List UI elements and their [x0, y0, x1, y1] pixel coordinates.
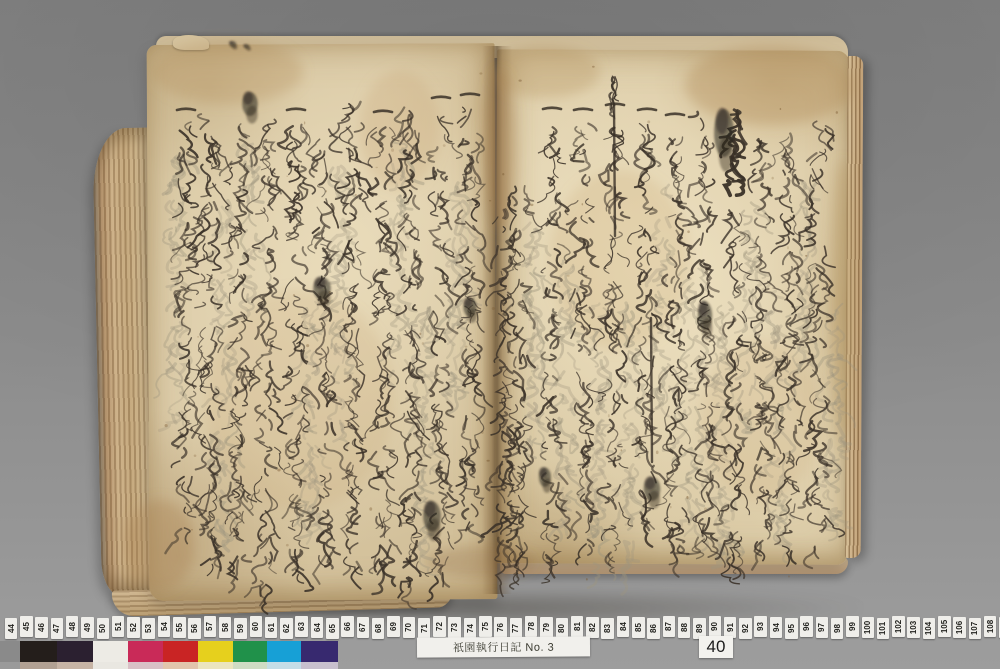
right-fore-edge	[845, 56, 864, 558]
ruler-number: 47	[52, 624, 61, 633]
page-number-text: 40	[707, 637, 726, 657]
ruler-number: 107	[970, 622, 979, 635]
ruler-number: 105	[940, 620, 949, 633]
ruler-number-tab: 45	[20, 616, 33, 637]
color-patch-white	[93, 641, 128, 669]
ruler-number-tab: 49	[81, 617, 94, 638]
color-patch-tint	[301, 662, 338, 669]
ruler-number-tab: 102	[892, 616, 905, 637]
ruler-number-tab: 104	[923, 618, 936, 639]
color-patch-tint	[267, 662, 301, 669]
color-patch-violet	[301, 641, 338, 669]
ruler-number-tab: 103	[907, 617, 920, 638]
ruler-number-tab: 107	[969, 618, 982, 639]
color-patch-yellow	[198, 641, 233, 669]
ruler-number: 102	[894, 620, 903, 633]
color-patch-cyan	[267, 641, 301, 669]
color-patch-tint	[57, 662, 93, 669]
ruler-number: 108	[986, 620, 995, 633]
torn-paper-tab	[173, 35, 209, 50]
ruler-number: 101	[879, 622, 888, 635]
color-patch-tint	[233, 662, 267, 669]
left-manuscript-page	[147, 43, 498, 601]
caption-label: 祇園執行日記 No. 3	[417, 636, 590, 657]
color-patch-tint	[163, 662, 198, 669]
color-patch-red	[163, 641, 198, 669]
ruler-number-tab: 46	[35, 617, 48, 638]
color-patch-magenta	[128, 641, 163, 669]
ruler-number-tab: 48	[66, 616, 79, 637]
book-gutter-shadow	[482, 46, 512, 594]
ruler-number: 48	[68, 622, 77, 631]
color-patch-green	[233, 641, 267, 669]
ruler-number-tab: 47	[51, 618, 64, 639]
right-manuscript-page	[495, 49, 849, 565]
ruler-number: 100	[863, 621, 872, 634]
ruler-number-tab: 108	[984, 616, 997, 637]
color-patch-tint	[128, 662, 163, 669]
ruler-number-tab: 101	[877, 618, 890, 639]
ruler-number: 49	[83, 623, 92, 632]
ruler-number: 106	[955, 621, 964, 634]
ruler-number: 104	[924, 622, 933, 635]
ruler-number-tab: 44	[5, 618, 18, 639]
ruler-number-tab: 105	[938, 616, 951, 637]
ruler-number: 46	[37, 623, 46, 632]
page-number-label: 40	[699, 636, 733, 658]
ruler-number: 45	[22, 622, 31, 631]
caption-text: 祇園執行日記 No. 3	[453, 639, 554, 656]
color-patch-black	[20, 641, 57, 669]
color-patch-tint	[198, 662, 233, 669]
color-patch-gray	[0, 641, 20, 669]
ruler-number: 103	[909, 621, 918, 634]
color-patch-dark-violet	[57, 641, 93, 669]
ruler-number: 44	[6, 624, 15, 633]
color-patch-tint	[20, 662, 57, 669]
archival-photo: 4445464748495051525354555657585960616263…	[0, 0, 1000, 669]
ruler-number-tab: 106	[953, 617, 966, 638]
color-patch-tint	[0, 662, 20, 669]
color-patch-tint	[93, 662, 128, 669]
